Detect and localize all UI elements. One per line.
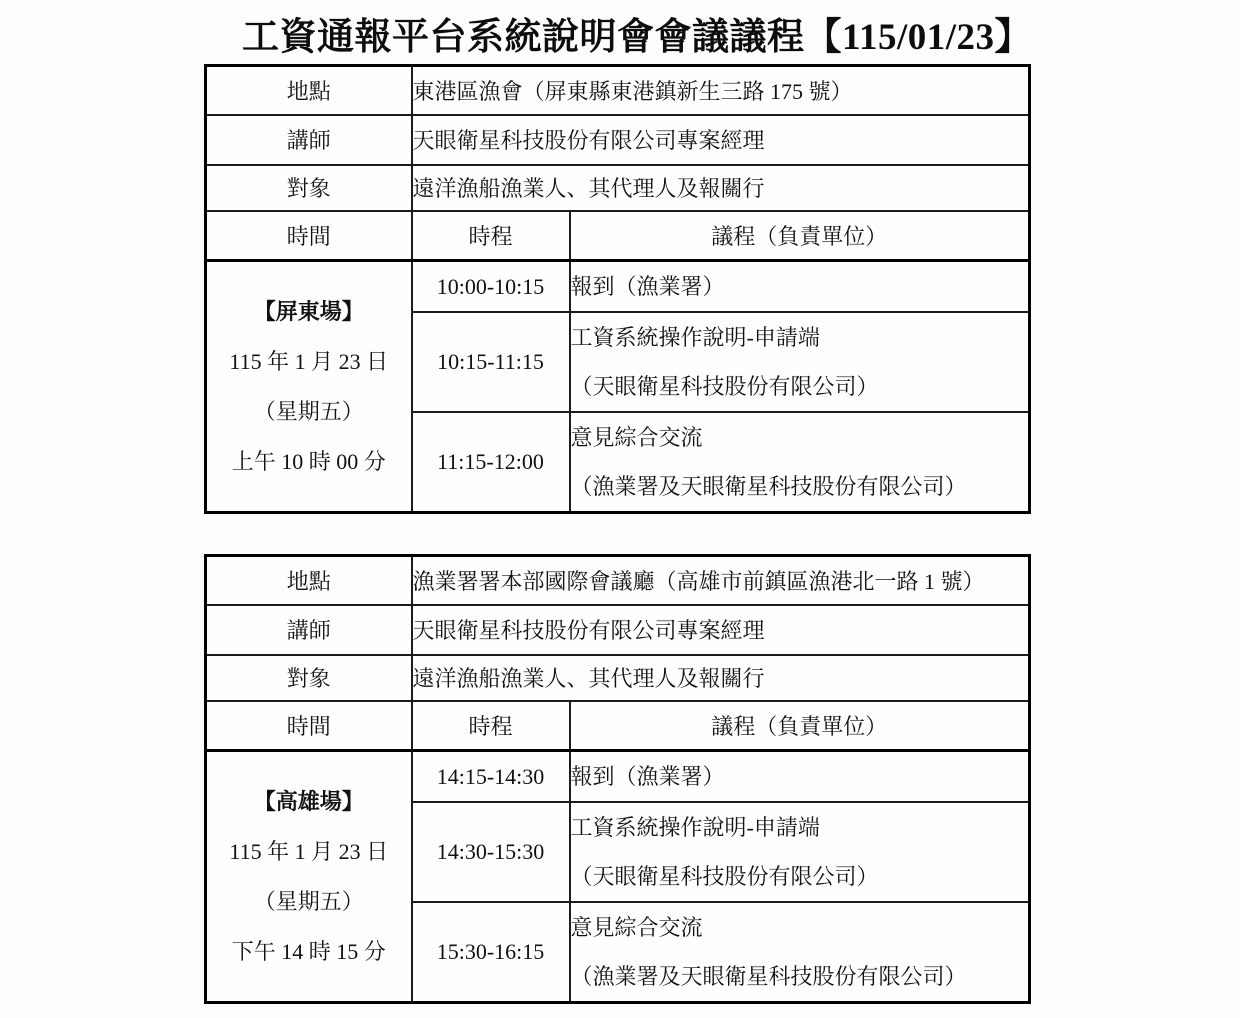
location-label: 地點: [206, 66, 412, 115]
column-header-slot: 時程: [412, 701, 570, 751]
agenda-item-line: 意見綜合交流: [571, 903, 1029, 952]
session-start-time: 下午 14 時 15 分: [207, 927, 411, 977]
location-label: 地點: [206, 556, 412, 605]
session-name: 【屏東場】: [207, 287, 411, 337]
table-row: 對象 遠洋漁船漁業人、其代理人及報關行: [206, 655, 1030, 701]
time-slot: 10:00-10:15: [412, 261, 570, 313]
session-name: 【高雄場】: [207, 777, 411, 827]
column-header-time: 時間: [206, 701, 412, 751]
agenda-item-line: （漁業署及天眼衛星科技股份有限公司）: [571, 462, 1029, 511]
agenda-item-line: 工資系統操作說明-申請端: [571, 313, 1029, 362]
table-row: 地點 漁業署署本部國際會議廳（高雄市前鎮區漁港北一路 1 號）: [206, 556, 1030, 605]
session-weekday: （星期五）: [207, 387, 411, 437]
time-slot: 11:15-12:00: [412, 412, 570, 513]
column-header-time: 時間: [206, 211, 412, 261]
session-date: 115 年 1 月 23 日: [207, 827, 411, 877]
table-row: 地點 東港區漁會（屏東縣東港鎮新生三路 175 號）: [206, 66, 1030, 115]
agenda-item: 工資系統操作說明-申請端 （天眼衛星科技股份有限公司）: [570, 312, 1030, 412]
table-row: 講師 天眼衛星科技股份有限公司專案經理: [206, 605, 1030, 655]
agenda-item: 報到（漁業署）: [570, 751, 1030, 803]
agenda-item: 意見綜合交流 （漁業署及天眼衛星科技股份有限公司）: [570, 412, 1030, 513]
agenda-item: 報到（漁業署）: [570, 261, 1030, 313]
agenda-table-pingtung: 地點 東港區漁會（屏東縣東港鎮新生三路 175 號） 講師 天眼衛星科技股份有限…: [204, 64, 1031, 514]
lecturer-label: 講師: [206, 605, 412, 655]
session-info-cell: 【屏東場】 115 年 1 月 23 日 （星期五） 上午 10 時 00 分: [206, 261, 412, 513]
agenda-item-line: 意見綜合交流: [571, 413, 1029, 462]
session-weekday: （星期五）: [207, 877, 411, 927]
agenda-item-line: （天眼衛星科技股份有限公司）: [571, 362, 1029, 411]
header-row: 時間 時程 議程（負責單位）: [206, 211, 1030, 261]
agenda-item-line: 工資系統操作說明-申請端: [571, 803, 1029, 852]
page-title: 工資通報平台系統說明會會議議程【115/01/23】: [242, 6, 1032, 60]
audience-value: 遠洋漁船漁業人、其代理人及報關行: [412, 655, 1030, 701]
agenda-item-line: （天眼衛星科技股份有限公司）: [571, 852, 1029, 901]
time-slot: 15:30-16:15: [412, 902, 570, 1003]
location-value: 漁業署署本部國際會議廳（高雄市前鎮區漁港北一路 1 號）: [412, 556, 1030, 605]
column-header-agenda: 議程（負責單位）: [570, 211, 1030, 261]
header-row: 時間 時程 議程（負責單位）: [206, 701, 1030, 751]
table-row: 對象 遠洋漁船漁業人、其代理人及報關行: [206, 165, 1030, 211]
audience-label: 對象: [206, 655, 412, 701]
table-row: 講師 天眼衛星科技股份有限公司專案經理: [206, 115, 1030, 165]
lecturer-label: 講師: [206, 115, 412, 165]
agenda-item: 意見綜合交流 （漁業署及天眼衛星科技股份有限公司）: [570, 902, 1030, 1003]
time-slot: 14:15-14:30: [412, 751, 570, 803]
column-header-slot: 時程: [412, 211, 570, 261]
agenda-table-kaohsiung: 地點 漁業署署本部國際會議廳（高雄市前鎮區漁港北一路 1 號） 講師 天眼衛星科…: [204, 554, 1031, 1004]
schedule-row: 【屏東場】 115 年 1 月 23 日 （星期五） 上午 10 時 00 分 …: [206, 261, 1030, 313]
session-info-cell: 【高雄場】 115 年 1 月 23 日 （星期五） 下午 14 時 15 分: [206, 751, 412, 1003]
lecturer-value: 天眼衛星科技股份有限公司專案經理: [412, 605, 1030, 655]
agenda-item-line: 報到（漁業署）: [571, 752, 1029, 801]
location-value: 東港區漁會（屏東縣東港鎮新生三路 175 號）: [412, 66, 1030, 115]
agenda-item-line: 報到（漁業署）: [571, 262, 1029, 311]
lecturer-value: 天眼衛星科技股份有限公司專案經理: [412, 115, 1030, 165]
column-header-agenda: 議程（負責單位）: [570, 701, 1030, 751]
audience-value: 遠洋漁船漁業人、其代理人及報關行: [412, 165, 1030, 211]
time-slot: 10:15-11:15: [412, 312, 570, 412]
agenda-item-line: （漁業署及天眼衛星科技股份有限公司）: [571, 952, 1029, 1001]
session-date: 115 年 1 月 23 日: [207, 337, 411, 387]
audience-label: 對象: [206, 165, 412, 211]
agenda-item: 工資系統操作說明-申請端 （天眼衛星科技股份有限公司）: [570, 802, 1030, 902]
time-slot: 14:30-15:30: [412, 802, 570, 902]
schedule-row: 【高雄場】 115 年 1 月 23 日 （星期五） 下午 14 時 15 分 …: [206, 751, 1030, 803]
session-start-time: 上午 10 時 00 分: [207, 437, 411, 487]
